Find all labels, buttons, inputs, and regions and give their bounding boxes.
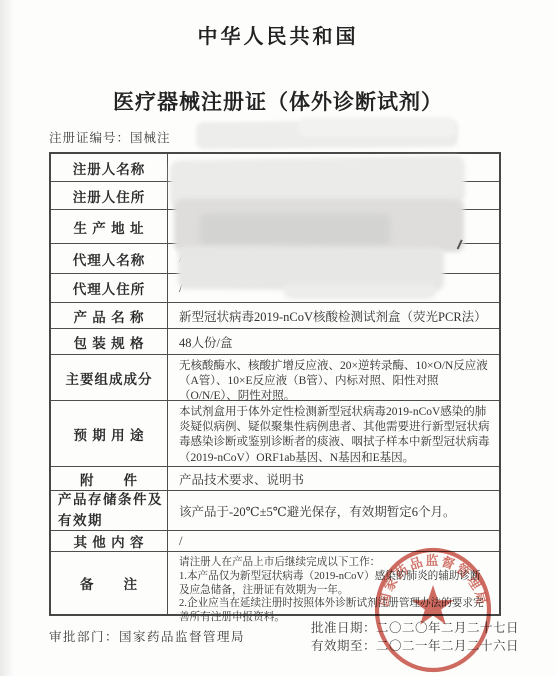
row-value: 产品技术要求、说明书 bbox=[168, 467, 499, 490]
registration-number-label: 注册证编号： bbox=[49, 131, 130, 145]
redaction-blur-block bbox=[284, 283, 436, 299]
row-value: 48人份/盒 bbox=[168, 329, 499, 354]
certificate-page: 中华人民共和国 医疗器械注册证（体外诊断试剂） 注册证编号：国械注 注册人名称 … bbox=[0, 0, 556, 676]
valid-until-label: 有效期至： bbox=[311, 639, 376, 653]
row-label: 代理人住所 bbox=[51, 274, 168, 302]
row-value: 本试剂盒用于体外定性检测新型冠状病毒2019-nCoV感染的肺炎疑似病例、疑似聚… bbox=[168, 401, 499, 466]
table-row-main-components: 主要组成成分 无核酸酶水、核酸扩增反应液、20×逆转录酶、10×O/N反应液（A… bbox=[51, 355, 499, 401]
approval-date-label: 批准日期： bbox=[311, 621, 376, 635]
row-label: 预 期 用 途 bbox=[51, 401, 168, 466]
row-label: 其 他 内 容 bbox=[51, 531, 168, 551]
registration-number-value: 国械注 bbox=[130, 131, 171, 145]
approval-department-value: 国家药品监督管理局 bbox=[119, 630, 245, 644]
table-row-package-spec: 包 装 规 格 48人份/盒 bbox=[51, 329, 499, 355]
certificate-title: 医疗器械注册证（体外诊断试剂） bbox=[0, 86, 556, 116]
seal-star-icon bbox=[412, 585, 454, 625]
table-row-storage-validity: 产品存储条件及有效期 该产品于-20℃±5℃避光保存，有效期暂定6个月。 bbox=[51, 491, 499, 531]
table-row-intended-use: 预 期 用 途 本试剂盒用于体外定性检测新型冠状病毒2019-nCoV感染的肺炎… bbox=[51, 401, 499, 467]
row-value: 该产品于-20℃±5℃避光保存，有效期暂定6个月。 bbox=[168, 491, 499, 530]
row-label: 注册人住所 bbox=[51, 182, 168, 209]
table-row-attachments: 附 件 产品技术要求、说明书 bbox=[51, 467, 499, 491]
row-label: 备 注 bbox=[51, 552, 168, 614]
row-value: 无核酸酶水、核酸扩增反应液、20×逆转录酶、10×O/N反应液（A管）、10×E… bbox=[168, 355, 499, 400]
row-label: 产品存储条件及有效期 bbox=[51, 491, 168, 530]
row-label: 包 装 规 格 bbox=[51, 329, 168, 354]
redaction-blur-regno-tail bbox=[298, 117, 456, 137]
row-label: 生 产 地 址 bbox=[51, 210, 168, 243]
approval-department-label: 审批部门： bbox=[49, 630, 119, 644]
row-label: 附 件 bbox=[51, 467, 168, 490]
redaction-blur-block bbox=[200, 214, 390, 245]
table-row-product-name: 产 品 名 称 新型冠状病毒2019-nCoV核酸检测试剂盒（荧光PCR法） bbox=[51, 303, 499, 329]
approval-department-line: 审批部门：国家药品监督管理局 bbox=[49, 627, 245, 645]
row-label: 产 品 名 称 bbox=[51, 303, 168, 328]
country-title: 中华人民共和国 bbox=[0, 20, 556, 49]
registration-number-line: 注册证编号：国械注 bbox=[49, 128, 171, 146]
row-label: 主要组成成分 bbox=[51, 355, 168, 400]
row-value: 新型冠状病毒2019-nCoV核酸检测试剂盒（荧光PCR法） bbox=[168, 303, 499, 328]
official-red-seal: 国家药品监督管理局 bbox=[371, 545, 495, 675]
row-label: 注册人名称 bbox=[51, 154, 168, 181]
row-label: 代理人名称 bbox=[51, 244, 168, 273]
